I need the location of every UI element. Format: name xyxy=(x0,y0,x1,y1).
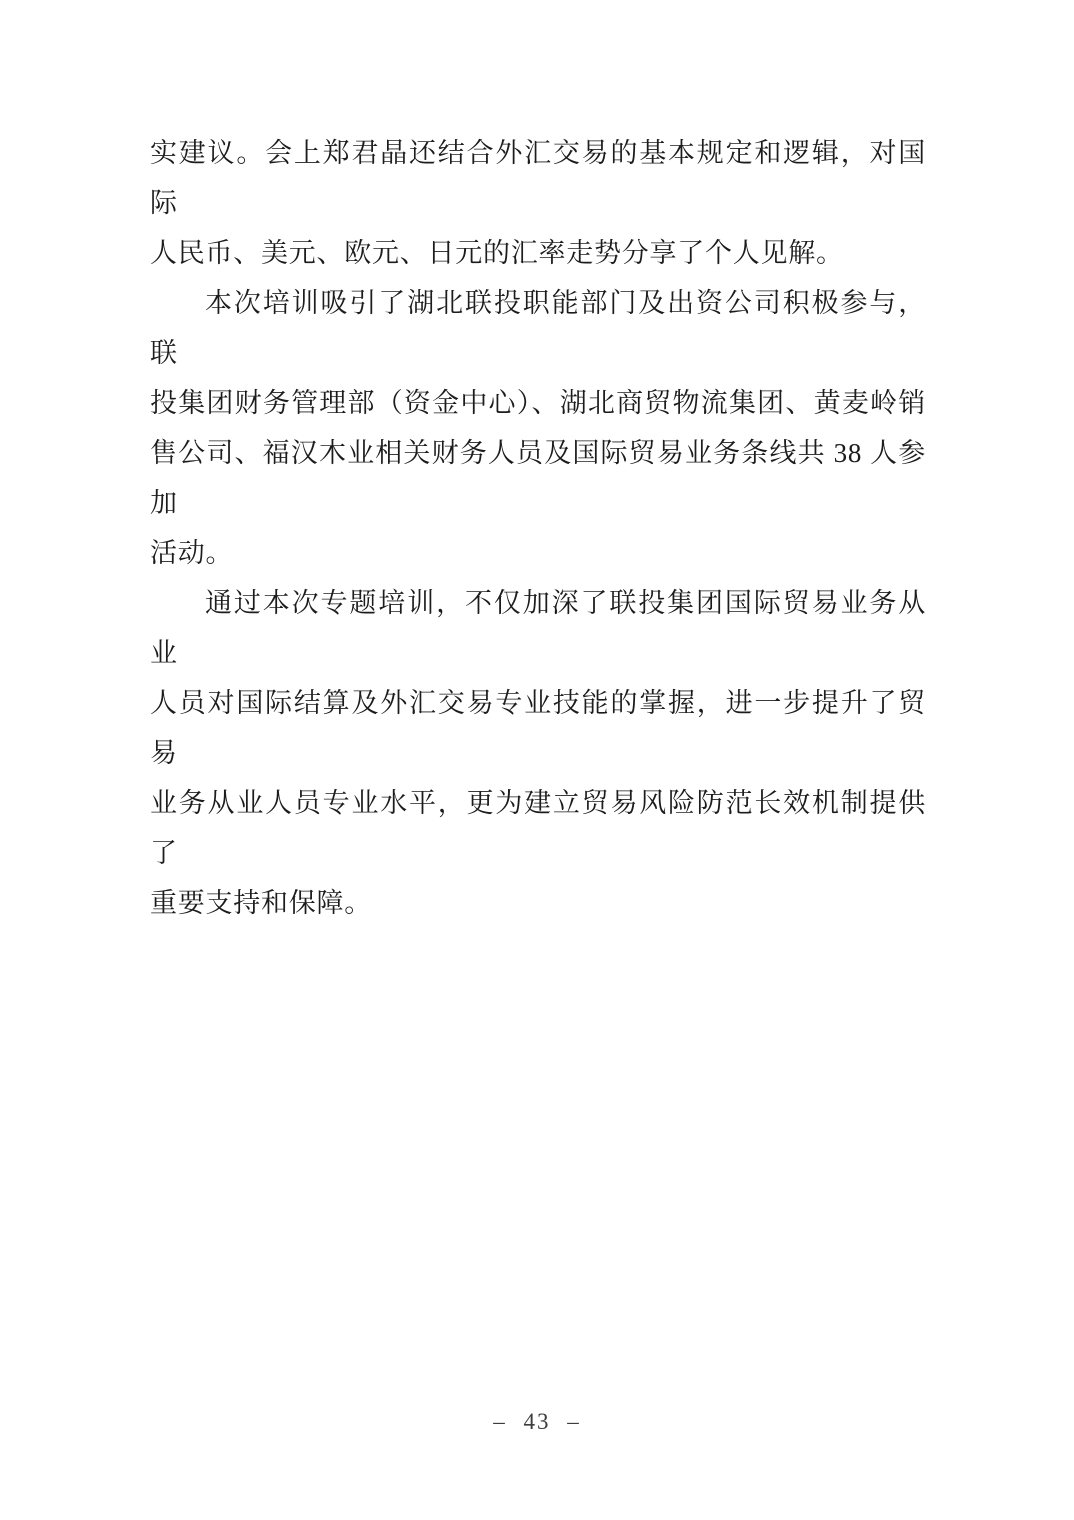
paragraph-continuation: 实建议。会上郑君晶还结合外汇交易的基本规定和逻辑，对国际 人民币、美元、欧元、日… xyxy=(150,128,926,278)
text-line: 本次培训吸引了湖北联投职能部门及出资公司积极参与，联 xyxy=(150,278,926,378)
text-line: 投集团财务管理部（资金中心）、湖北商贸物流集团、黄麦岭销 xyxy=(150,378,926,428)
page-number: – 43 – xyxy=(0,1406,1074,1438)
text-line: 活动。 xyxy=(150,528,926,578)
text-line: 售公司、福汉木业相关财务人员及国际贸易业务条线共 38 人参加 xyxy=(150,428,926,528)
text-line: 人员对国际结算及外汇交易专业技能的掌握，进一步提升了贸易 xyxy=(150,678,926,778)
paragraph-training-attendance: 本次培训吸引了湖北联投职能部门及出资公司积极参与，联 投集团财务管理部（资金中心… xyxy=(150,278,926,578)
document-page: 实建议。会上郑君晶还结合外汇交易的基本规定和逻辑，对国际 人民币、美元、欧元、日… xyxy=(0,0,1074,1520)
text-line: 业务从业人员专业水平，更为建立贸易风险防范长效机制提供了 xyxy=(150,778,926,878)
text-line: 实建议。会上郑君晶还结合外汇交易的基本规定和逻辑，对国际 xyxy=(150,128,926,228)
text-line: 重要支持和保障。 xyxy=(150,878,926,928)
paragraph-training-outcome: 通过本次专题培训，不仅加深了联投集团国际贸易业务从业 人员对国际结算及外汇交易专… xyxy=(150,578,926,928)
text-line: 通过本次专题培训，不仅加深了联投集团国际贸易业务从业 xyxy=(150,578,926,678)
text-line: 人民币、美元、欧元、日元的汇率走势分享了个人见解。 xyxy=(150,228,926,278)
document-body: 实建议。会上郑君晶还结合外汇交易的基本规定和逻辑，对国际 人民币、美元、欧元、日… xyxy=(150,128,926,928)
